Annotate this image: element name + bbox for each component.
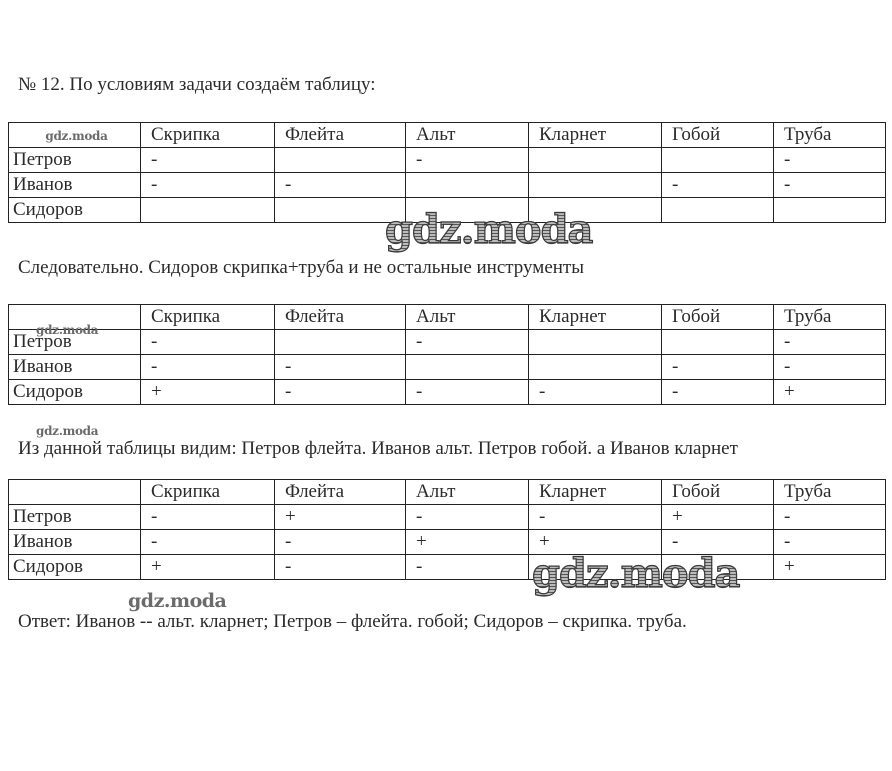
- cell: -: [774, 355, 886, 380]
- table-row: Сидоров+----+: [9, 380, 886, 405]
- cell: -: [774, 505, 886, 530]
- cell: -: [141, 505, 275, 530]
- watermark-small-1: gdz.moda: [45, 129, 107, 143]
- conclusion-2: Из данной таблицы видим: Петров флейта. …: [18, 438, 738, 460]
- column-header: Труба: [774, 123, 886, 148]
- column-header: Гобой: [662, 305, 774, 330]
- cell: -: [774, 530, 886, 555]
- table-row: Петров---: [9, 148, 886, 173]
- column-header: Скрипка: [141, 480, 275, 505]
- table-2: СкрипкаФлейтаАльтКларнетГобойТрубаПетров…: [8, 304, 886, 405]
- cell: [662, 198, 774, 223]
- column-header: Скрипка: [141, 123, 275, 148]
- cell: [275, 330, 406, 355]
- cell: -: [406, 330, 529, 355]
- column-header: Труба: [774, 480, 886, 505]
- row-name: Иванов: [9, 530, 141, 555]
- header-corner: gdz.moda: [9, 123, 141, 148]
- column-header: Флейта: [275, 123, 406, 148]
- watermark-medium: gdz.moda: [128, 590, 226, 612]
- cell: +: [662, 505, 774, 530]
- column-header: Альт: [406, 480, 529, 505]
- watermark-large-1: gdz.moda: [385, 208, 592, 252]
- cell: -: [141, 330, 275, 355]
- table-3: СкрипкаФлейтаАльтКларнетГобойТрубаПетров…: [8, 479, 886, 580]
- cell: -: [662, 380, 774, 405]
- column-header: Флейта: [275, 305, 406, 330]
- cell: [774, 198, 886, 223]
- cell: -: [406, 505, 529, 530]
- column-header: Гобой: [662, 480, 774, 505]
- cell: -: [774, 173, 886, 198]
- cell: [662, 148, 774, 173]
- column-header: Флейта: [275, 480, 406, 505]
- table-row: Иванов----: [9, 355, 886, 380]
- table-row: Петров---: [9, 330, 886, 355]
- cell: -: [406, 148, 529, 173]
- column-header: Труба: [774, 305, 886, 330]
- cell: [529, 330, 662, 355]
- table-row: Иванов----: [9, 173, 886, 198]
- row-name: Петров: [9, 505, 141, 530]
- cell: [529, 173, 662, 198]
- column-header: Кларнет: [529, 123, 662, 148]
- cell: -: [774, 148, 886, 173]
- watermark-small-2: gdz.moda: [36, 323, 98, 337]
- cell: -: [141, 355, 275, 380]
- answer: Ответ: Иванов -- альт. кларнет; Петров –…: [18, 611, 687, 633]
- watermark-large-2: gdz.moda: [532, 552, 739, 596]
- column-header: Гобой: [662, 123, 774, 148]
- cell: -: [275, 355, 406, 380]
- cell: -: [275, 173, 406, 198]
- cell: -: [141, 148, 275, 173]
- cell: [275, 148, 406, 173]
- cell: +: [141, 380, 275, 405]
- cell: [406, 173, 529, 198]
- cell: -: [662, 355, 774, 380]
- table-header-row: СкрипкаФлейтаАльтКларнетГобойТруба: [9, 480, 886, 505]
- table-row: Иванов--++--: [9, 530, 886, 555]
- row-name: Сидоров: [9, 555, 141, 580]
- cell: -: [141, 530, 275, 555]
- table-row: Сидоров+----+: [9, 555, 886, 580]
- cell: -: [529, 380, 662, 405]
- cell: +: [774, 555, 886, 580]
- cell: [529, 148, 662, 173]
- column-header: Альт: [406, 123, 529, 148]
- cell: +: [406, 530, 529, 555]
- cell: [406, 355, 529, 380]
- row-name: Петров: [9, 148, 141, 173]
- table-header-row: СкрипкаФлейтаАльтКларнетГобойТруба: [9, 305, 886, 330]
- cell: -: [774, 330, 886, 355]
- cell: -: [275, 555, 406, 580]
- cell: +: [275, 505, 406, 530]
- cell: -: [406, 555, 529, 580]
- column-header: Скрипка: [141, 305, 275, 330]
- column-header: Альт: [406, 305, 529, 330]
- cell: -: [275, 530, 406, 555]
- row-name: Иванов: [9, 355, 141, 380]
- watermark-small-3: gdz.moda: [36, 424, 98, 438]
- header-corner: [9, 480, 141, 505]
- problem-intro: № 12. По условиям задачи создаём таблицу…: [18, 74, 376, 96]
- row-name: Сидоров: [9, 198, 141, 223]
- cell: [141, 198, 275, 223]
- cell: -: [141, 173, 275, 198]
- cell: +: [141, 555, 275, 580]
- cell: [529, 355, 662, 380]
- table-header-row: gdz.modaСкрипкаФлейтаАльтКларнетГобойТру…: [9, 123, 886, 148]
- row-name: Иванов: [9, 173, 141, 198]
- cell: -: [275, 380, 406, 405]
- cell: -: [662, 173, 774, 198]
- cell: -: [406, 380, 529, 405]
- conclusion-1: Следовательно. Сидоров скрипка+труба и н…: [18, 257, 584, 279]
- column-header: Кларнет: [529, 305, 662, 330]
- cell: [662, 330, 774, 355]
- row-name: Сидоров: [9, 380, 141, 405]
- cell: -: [529, 505, 662, 530]
- cell: +: [774, 380, 886, 405]
- table-row: Петров-+--+-: [9, 505, 886, 530]
- column-header: Кларнет: [529, 480, 662, 505]
